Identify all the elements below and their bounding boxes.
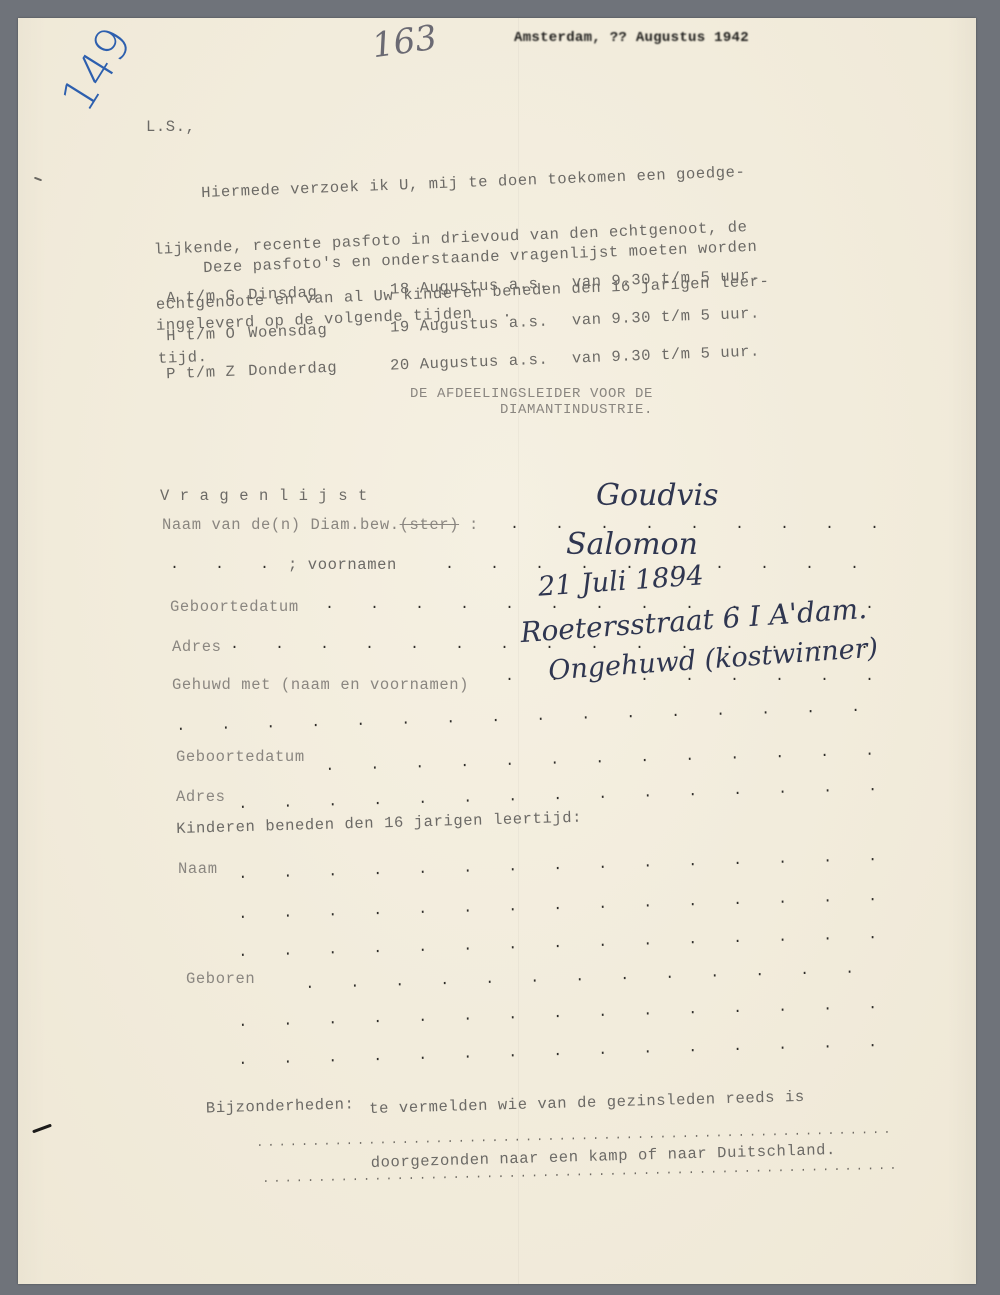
signature-line-1: DE AFDEELINGSLEIDER VOOR DE — [410, 386, 653, 402]
smudged-typed-header: Amsterdam, ?? Augustus 1942 — [514, 30, 749, 46]
salutation: L.S., — [146, 118, 196, 136]
address-label: Adres — [172, 638, 222, 656]
birthdate-label: Geboortedatum — [170, 598, 299, 616]
particulars: Bijzonderheden: — [186, 1077, 355, 1118]
schedule-letters: A t/m G — [166, 286, 249, 307]
dot-leader: . . . . . . . . . . . . . . . . . . . . … — [170, 556, 290, 573]
firstnames-value[interactable]: Salomon — [566, 527, 698, 562]
schedule-letters: H t/m O — [166, 324, 249, 345]
schedule-letters: P t/m Z — [166, 362, 249, 383]
paragraph-line: Hiermede verzoek ik U, mij te doen toeko… — [151, 162, 765, 205]
struck-suffix: (ster) — [400, 516, 459, 534]
surname-label: Naam van de(n) Diam.bew.(ster) : — [162, 516, 479, 534]
form-title: V r a g e n l i j s t — [160, 487, 368, 505]
surname-value[interactable]: Goudvis — [596, 478, 719, 513]
spouse-birthdate-label: Geboortedatum — [176, 748, 305, 766]
colon: : — [459, 516, 479, 534]
married-label: Gehuwd met (naam en voornamen) — [172, 676, 469, 694]
children-born-label: Geboren — [186, 970, 255, 988]
particulars-line: te vermelden wie van de gezinsleden reed… — [369, 1087, 835, 1118]
surname-label-text: Naam van de(n) Diam.bew. — [162, 516, 400, 534]
signature-line-2: DIAMANTINDUSTRIE. — [500, 402, 653, 418]
spouse-address-label: Adres — [176, 788, 226, 806]
children-name-label: Naam — [178, 860, 218, 878]
firstnames-label: ; voornamen — [288, 556, 397, 574]
